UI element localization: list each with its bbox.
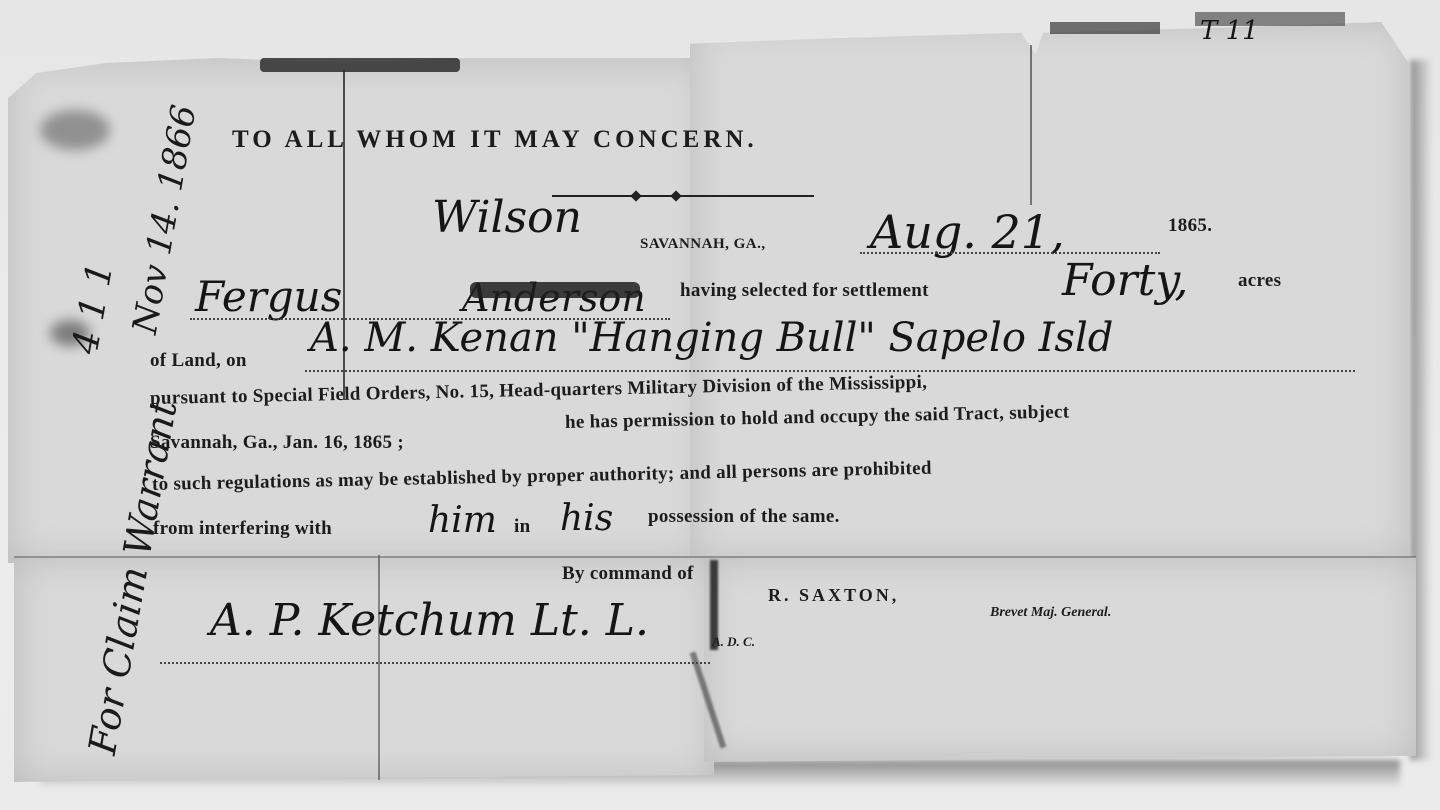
handwritten-him: him	[428, 500, 497, 541]
printed-having-selected: having selected for settlement	[680, 280, 929, 302]
torn-edge-top-right-a	[1050, 22, 1160, 34]
year: 1865.	[1168, 215, 1212, 237]
torn-edge-top-left	[260, 58, 460, 72]
printed-in: in	[514, 516, 530, 538]
printed-by-command-of: By command of	[562, 563, 694, 585]
handwritten-grantee-name: Fergus	[195, 272, 342, 321]
location-dotted-line	[305, 370, 1355, 372]
place-savannah: SAVANNAH, GA.,	[640, 236, 766, 253]
aide-signature: A. P. Ketchum Lt. L.	[210, 595, 649, 646]
ornamental-rule	[552, 195, 814, 197]
handwritten-his: his	[560, 498, 613, 539]
printed-from-interfering: from interfering with	[153, 518, 332, 540]
handwritten-location: A. M. Kenan "Hanging Bull" Sapelo Isld	[310, 315, 1113, 361]
printed-savannah-date: Savannah, Ga., Jan. 16, 1865 ;	[150, 432, 404, 454]
printed-acres: acres	[1238, 270, 1281, 292]
margin-note-top-right: T 11	[1200, 16, 1259, 46]
signature-dotted-line	[160, 662, 710, 664]
printed-possession: possession of the same.	[648, 506, 840, 528]
general-rank: Brevet Maj. General.	[990, 605, 1111, 621]
handwritten-date: Aug. 21,	[870, 205, 1065, 259]
fold-line-right-top	[1030, 45, 1032, 205]
stain-top-left	[40, 110, 110, 150]
printed-of-land-on: of Land, on	[150, 350, 247, 372]
date-dotted-line	[860, 252, 1160, 254]
document-heading: TO ALL WHOM IT MAY CONCERN.	[232, 126, 758, 154]
fold-line-bottom-left	[378, 555, 380, 780]
general-name: R. SAXTON,	[768, 585, 899, 606]
fold-horizontal	[14, 556, 1416, 558]
aide-title: A. D. C.	[712, 634, 755, 650]
handwritten-wilson: Wilson	[432, 192, 582, 243]
handwritten-acres: Forty,	[1062, 255, 1188, 306]
strike-scribble	[470, 282, 640, 298]
